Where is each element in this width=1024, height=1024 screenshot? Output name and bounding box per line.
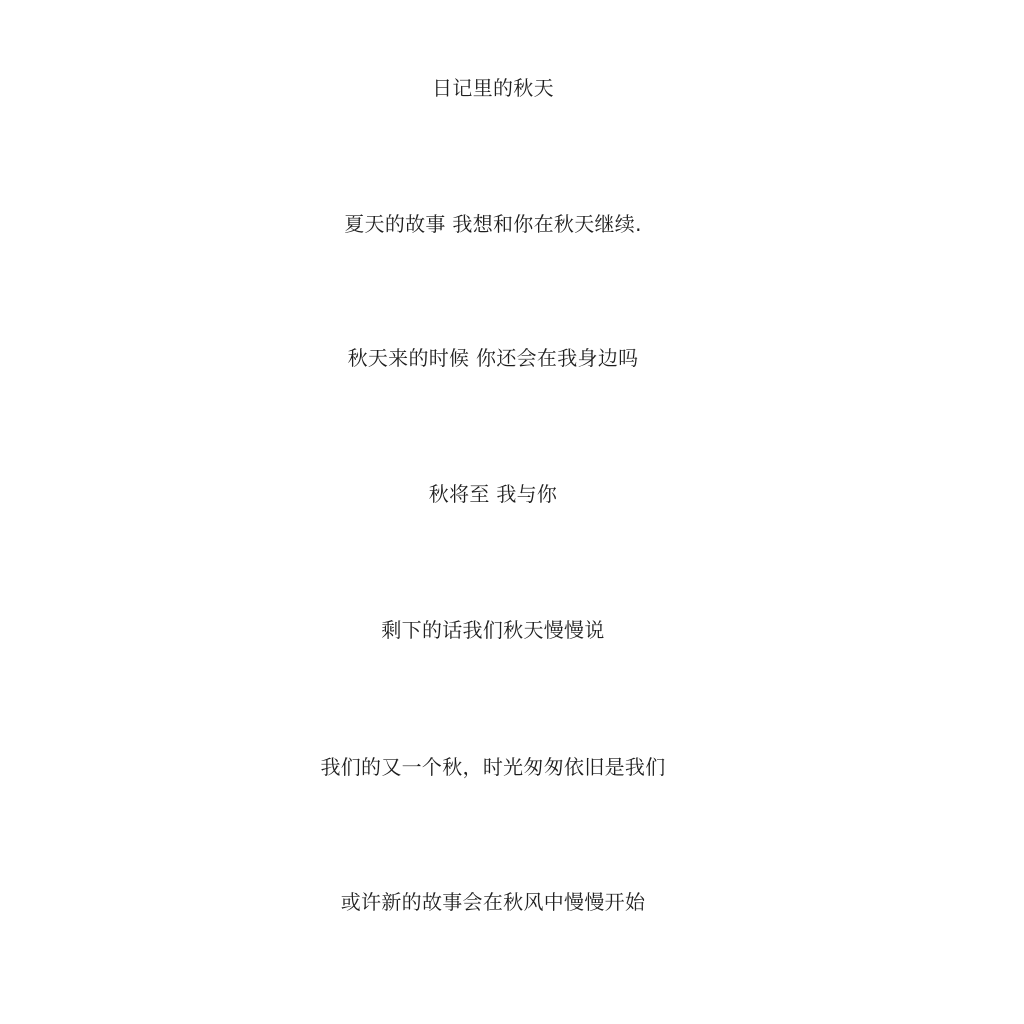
- text-line: 我们的又一个秋，时光匆匆依旧是我们: [0, 753, 986, 781]
- text-line: 剩下的话我们秋天慢慢说: [0, 616, 986, 644]
- document-title: 日记里的秋天: [0, 74, 986, 102]
- text-line: 夏天的故事 我想和你在秋天继续.: [0, 210, 986, 238]
- text-line: 或许新的故事会在秋风中慢慢开始: [0, 888, 986, 916]
- text-line: 秋天来的时候 你还会在我身边吗: [0, 344, 986, 372]
- text-line: 秋将至 我与你: [0, 480, 986, 508]
